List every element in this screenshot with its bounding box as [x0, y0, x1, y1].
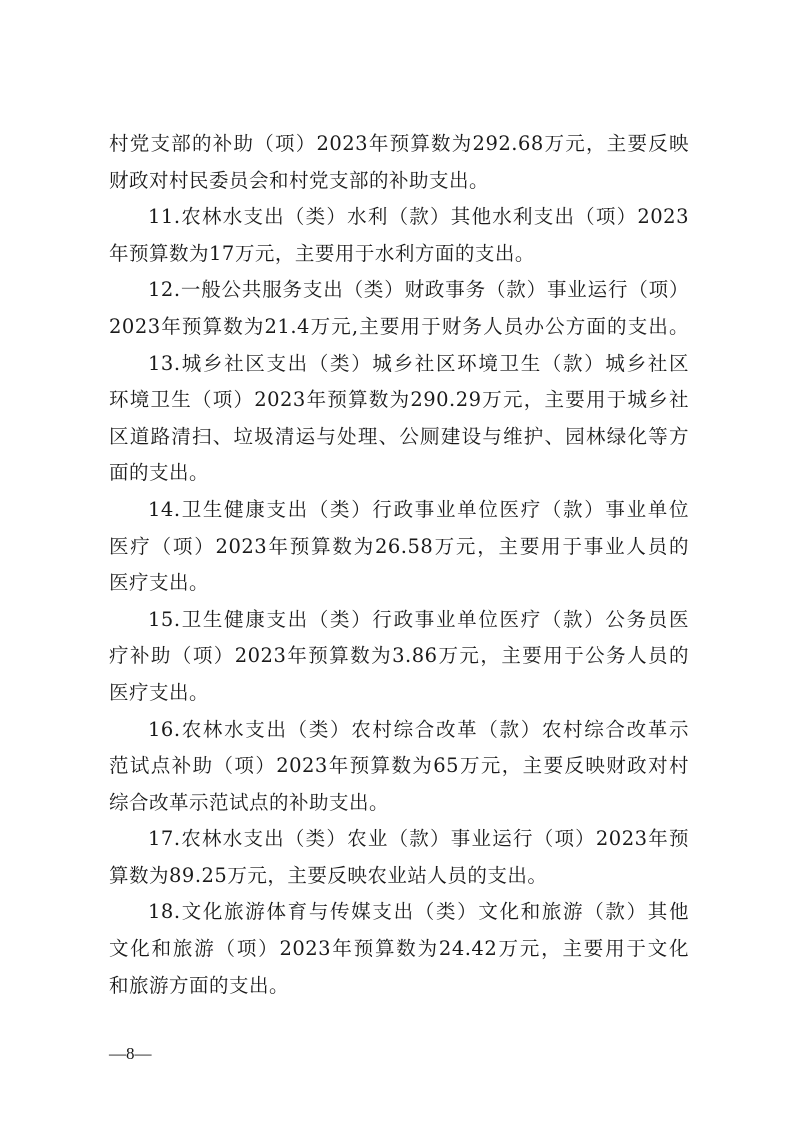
paragraph-line: 财政对村民委员会和村党支部的补助支出。 — [109, 163, 689, 200]
paragraph-line: 文化和旅游（项）2023年预算数为24.42万元，主要用于文化 — [109, 931, 689, 968]
paragraph-first-line: 12.一般公共服务支出（类）财政事务（款）事业运行（项） — [109, 272, 689, 309]
paragraph-line: 医疗支出。 — [109, 675, 689, 712]
paragraph-first-line: 17.农林水支出（类）农业（款）事业运行（项）2023年预 — [109, 821, 689, 858]
paragraph-first-line: 16.农林水支出（类）农村综合改革（款）农村综合改革示 — [109, 712, 689, 749]
paragraph-line: 范试点补助（项）2023年预算数为65万元，主要反映财政对村 — [109, 748, 689, 785]
paragraph-first-line: 18.文化旅游体育与传媒支出（类）文化和旅游（款）其他 — [109, 894, 689, 931]
paragraph-line: 疗补助（项）2023年预算数为3.86万元，主要用于公务人员的 — [109, 638, 689, 675]
paragraph-line: 医疗（项）2023年预算数为26.58万元，主要用于事业人员的 — [109, 529, 689, 566]
paragraph-line: 医疗支出。 — [109, 565, 689, 602]
paragraph-line: 2023年预算数为21.4万元,主要用于财务人员办公方面的支出。 — [109, 309, 689, 346]
paragraph-first-line: 11.农林水支出（类）水利（款）其他水利支出（项）2023 — [109, 199, 689, 236]
paragraph-line: 综合改革示范试点的补助支出。 — [109, 785, 689, 822]
paragraph-line: 区道路清扫、垃圾清运与处理、公厕建设与维护、园林绿化等方 — [109, 419, 689, 456]
paragraph-first-line: 15.卫生健康支出（类）行政事业单位医疗（款）公务员医 — [109, 602, 689, 639]
paragraph-line: 村党支部的补助（项）2023年预算数为292.68万元，主要反映 — [109, 126, 689, 163]
document-page: 村党支部的补助（项）2023年预算数为292.68万元，主要反映财政对村民委员会… — [0, 0, 793, 1122]
page-number: —8— — [109, 1044, 152, 1064]
paragraph-line: 算数为89.25万元，主要反映农业站人员的支出。 — [109, 858, 689, 895]
paragraph-line: 年预算数为17万元，主要用于水利方面的支出。 — [109, 236, 689, 273]
paragraph-line: 和旅游方面的支出。 — [109, 968, 689, 1005]
paragraph-first-line: 14.卫生健康支出（类）行政事业单位医疗（款）事业单位 — [109, 492, 689, 529]
body-text: 村党支部的补助（项）2023年预算数为292.68万元，主要反映财政对村民委员会… — [109, 126, 689, 1004]
paragraph-line: 面的支出。 — [109, 455, 689, 492]
paragraph-first-line: 13.城乡社区支出（类）城乡社区环境卫生（款）城乡社区 — [109, 346, 689, 383]
paragraph-line: 环境卫生（项）2023年预算数为290.29万元，主要用于城乡社 — [109, 382, 689, 419]
